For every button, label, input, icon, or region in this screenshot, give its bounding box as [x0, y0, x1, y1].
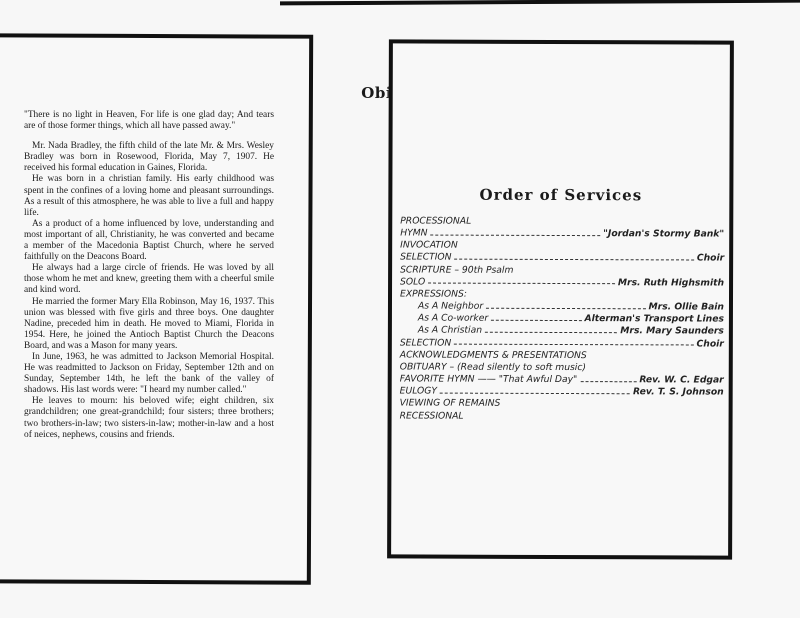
obituary-paragraph: He was born in a christian family. His e…: [24, 174, 274, 218]
dotted-leader: [440, 392, 630, 394]
service-item: SCRIPTURE – 90th Psalm: [400, 264, 724, 277]
service-item-label: EXPRESSIONS:: [400, 288, 467, 300]
obituary-paragraph: As a product of a home influenced by lov…: [24, 219, 274, 263]
dotted-leader: [455, 259, 694, 261]
service-item-label: RECESSIONAL: [400, 410, 464, 422]
service-item-label: SELECTION: [400, 337, 451, 349]
dotted-leader: [486, 307, 645, 309]
service-item-value: Mrs. Ruth Highsmith: [618, 277, 724, 290]
service-item: HYMN"Jordan's Stormy Bank": [400, 228, 724, 241]
scan-top-edge: [280, 0, 800, 5]
order-of-services-list: PROCESSIONALHYMN"Jordan's Stormy Bank"IN…: [400, 215, 725, 423]
service-item-value: Alterman's Transport Lines: [584, 313, 724, 326]
service-item-value: "Jordan's Stormy Bank": [603, 228, 724, 241]
obituary-paragraph: He leaves to mourn: his beloved wife; ei…: [24, 396, 274, 440]
dotted-leader: [491, 320, 581, 321]
dotted-leader: [454, 344, 693, 346]
service-item-label: OBITUARY – (Read silently to soft music): [400, 361, 586, 374]
order-of-services-page: Order of Services PROCESSIONALHYMN"Jorda…: [387, 39, 734, 559]
service-item-label: HYMN: [400, 228, 427, 240]
obituary-body: "There is no light in Heaven, For life i…: [24, 110, 274, 441]
service-item: SELECTIONChoir: [400, 252, 724, 265]
service-item-label: SOLO: [400, 276, 425, 288]
service-item-label: As A Neighbor: [418, 301, 483, 313]
service-item: ACKNOWLEDGMENTS & PRESENTATIONS: [400, 349, 724, 362]
service-item-label: ACKNOWLEDGMENTS & PRESENTATIONS: [400, 349, 587, 362]
service-item: PROCESSIONAL: [400, 215, 724, 228]
service-item: INVOCATION: [400, 240, 724, 253]
service-item: SOLOMrs. Ruth Highsmith: [400, 276, 724, 289]
dotted-leader: [428, 283, 615, 285]
service-item-value: Rev. W. C. Edgar: [639, 374, 723, 386]
service-item-label: As A Co-worker: [418, 313, 488, 325]
service-item-label: As A Christian: [418, 325, 482, 337]
service-item: As A NeighborMrs. Ollie Bain: [400, 301, 724, 314]
obituary-paragraph: He always had a large circle of friends.…: [24, 263, 274, 296]
service-item: EXPRESSIONS:: [400, 288, 724, 301]
dotted-leader: [485, 332, 617, 333]
service-item-label: SCRIPTURE – 90th Psalm: [400, 264, 513, 277]
service-item-label: VIEWING OF REMAINS: [400, 398, 501, 411]
obituary-paragraph: He married the former Mary Ella Robinson…: [24, 297, 274, 352]
service-item: As A Co-workerAlterman's Transport Lines: [400, 313, 724, 326]
obituary-quote: "There is no light in Heaven, For life i…: [24, 110, 274, 132]
service-item-label: FAVORITE HYMN —— "That Awful Day": [400, 373, 578, 386]
service-item: EULOGYRev. T. S. Johnson: [400, 386, 724, 399]
service-item: As A ChristianMrs. Mary Saunders: [400, 325, 724, 338]
dotted-leader: [580, 381, 636, 382]
service-item-value: Mrs. Mary Saunders: [620, 326, 724, 339]
obituary-paragraph: Mr. Nada Bradley, the fifth child of the…: [24, 141, 274, 174]
service-item: VIEWING OF REMAINS: [400, 398, 724, 411]
service-item: SELECTIONChoir: [400, 337, 724, 350]
service-item: FAVORITE HYMN —— "That Awful Day"Rev. W.…: [400, 373, 724, 386]
service-item-value: Choir: [697, 253, 724, 265]
order-of-services-title: Order of Services: [392, 185, 729, 204]
obituary-paragraph: In June, 1963, he was admitted to Jackso…: [24, 352, 274, 396]
dotted-leader: [431, 234, 601, 236]
service-item-value: Rev. T. S. Johnson: [633, 386, 724, 398]
service-item: OBITUARY – (Read silently to soft music): [400, 361, 724, 374]
service-item-label: SELECTION: [400, 252, 451, 264]
service-item-value: Choir: [697, 338, 724, 350]
service-item-value: Mrs. Ollie Bain: [649, 301, 724, 313]
service-item: RECESSIONAL: [400, 410, 724, 423]
service-item-label: EULOGY: [400, 386, 437, 398]
service-item-label: INVOCATION: [400, 240, 458, 252]
service-item-label: PROCESSIONAL: [400, 215, 471, 227]
